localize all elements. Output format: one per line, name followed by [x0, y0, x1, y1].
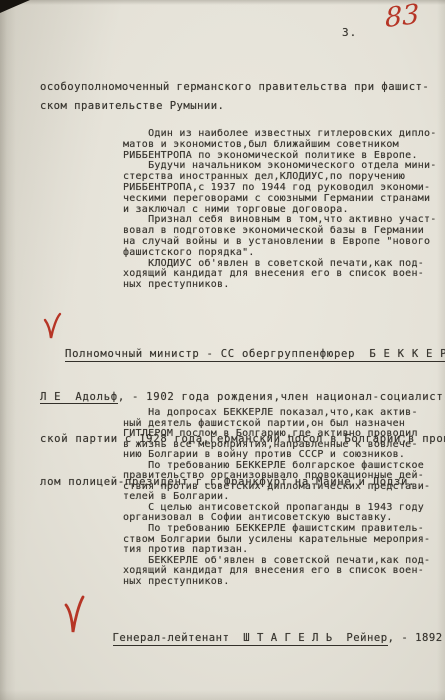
- typed-line: стерства иностранных дел,КЛОДИУС,по пору…: [123, 171, 437, 182]
- document-page: 83 3. особоуполномоченный германского пр…: [0, 0, 445, 700]
- typed-line: особоуполномоченный германского правител…: [40, 81, 429, 100]
- typed-line: ческими переговорами с союзными Германии…: [123, 193, 437, 204]
- typed-line: на случай войны и в установлении в Европ…: [123, 236, 437, 247]
- heading-underlined-text: Генерал-лейтенант Ш Т А Г Е Л Ь Рейнер: [113, 632, 388, 646]
- typed-line: Будучи начальником экономического отдела…: [123, 160, 437, 171]
- typed-line: ствия против советских дипломатических п…: [123, 481, 430, 492]
- typed-line: КЛОДИУС об'явлен в советской печати,как …: [123, 258, 437, 269]
- typed-line: РИББЕНТРОПА,с 1937 по 1944 год руководил…: [123, 182, 437, 193]
- typed-line: Признал себя виновным в том,что активно …: [123, 214, 437, 225]
- typed-line: вовал в подготовке экономической базы в …: [123, 225, 437, 236]
- shtagel-heading: Генерал-лейтенант Ш Т А Г Е Л Ь Рейнер, …: [85, 620, 445, 656]
- typed-line: ГИТЛЕРОМ послом в Болгарию,где активно п…: [123, 428, 430, 439]
- typed-line: С целью антисоветской пропаганды в 1943 …: [123, 502, 430, 513]
- typed-line: По требованию БЕККЕРЛЕ болгарское фашист…: [123, 460, 430, 471]
- klodius-section: Один из наиболее известных гитлеровских …: [123, 128, 437, 290]
- typed-line: ный деятель фашистской партии,он был наз…: [123, 418, 430, 429]
- typed-line: ском правительстве Румынии.: [40, 100, 429, 119]
- typed-line: организовал в Софии антисоветскую выстав…: [123, 512, 430, 523]
- typed-line: тия против партизан.: [123, 544, 430, 555]
- typed-line: фашистского порядка".: [123, 247, 437, 258]
- typed-line: ством Болгарии были усилены карательные …: [123, 534, 430, 545]
- typed-line: Один из наиболее известных гитлеровских …: [123, 128, 437, 139]
- typed-line: ных преступников.: [123, 576, 430, 587]
- typed-line: матов и экономистов,был ближайшим советн…: [123, 139, 437, 150]
- heading-text: , - 1892 года: [388, 632, 445, 644]
- handwritten-folio-number: 83: [385, 0, 420, 34]
- red-checkmark-icon: [62, 594, 86, 638]
- typed-page-number: 3.: [342, 26, 357, 39]
- scan-corner-artifact: [0, 0, 30, 13]
- heading-line: Полномочный министр - СС обергруппенфюре…: [40, 348, 445, 367]
- typed-line: На допросах БЕККЕРЛЕ показал,что,как акт…: [123, 407, 430, 418]
- typed-line: РИББЕНТРОПА по экономической политике в …: [123, 150, 437, 161]
- heading-text: , - 1902 года рождения,член национал-соц…: [118, 391, 445, 403]
- intro-paragraph: особоуполномоченный германского правител…: [40, 81, 429, 119]
- typed-line: ходящий кандидат для внесения его в спис…: [123, 565, 430, 576]
- typed-line: БЕККЕРЛЕ об'явлен в советской печати,как…: [123, 555, 430, 566]
- bekkerle-section: На допросах БЕККЕРЛЕ показал,что,как акт…: [123, 407, 430, 586]
- checkmark-stroke: [66, 597, 83, 632]
- typed-line: в жизнь все мероприятия,направленные к в…: [123, 439, 430, 450]
- typed-line: По требованию БЕККЕРЛЕ фашистским правит…: [123, 523, 430, 534]
- typed-line: нию Болгарии в войну против СССР и союзн…: [123, 449, 430, 460]
- typed-line: правительство организовывало провокацион…: [123, 470, 430, 481]
- typed-line: и заключал с ними торговые договора.: [123, 204, 437, 215]
- heading-underlined-text: Полномочный министр - СС обергруппенфюре…: [65, 348, 445, 362]
- typed-line: телей в Болгарии.: [123, 491, 430, 502]
- heading-underlined-name: Л Е Адольф: [40, 391, 118, 405]
- typed-line: ходящий кандидат для внесения его в спис…: [123, 268, 437, 279]
- typed-line: ных преступников.: [123, 279, 437, 290]
